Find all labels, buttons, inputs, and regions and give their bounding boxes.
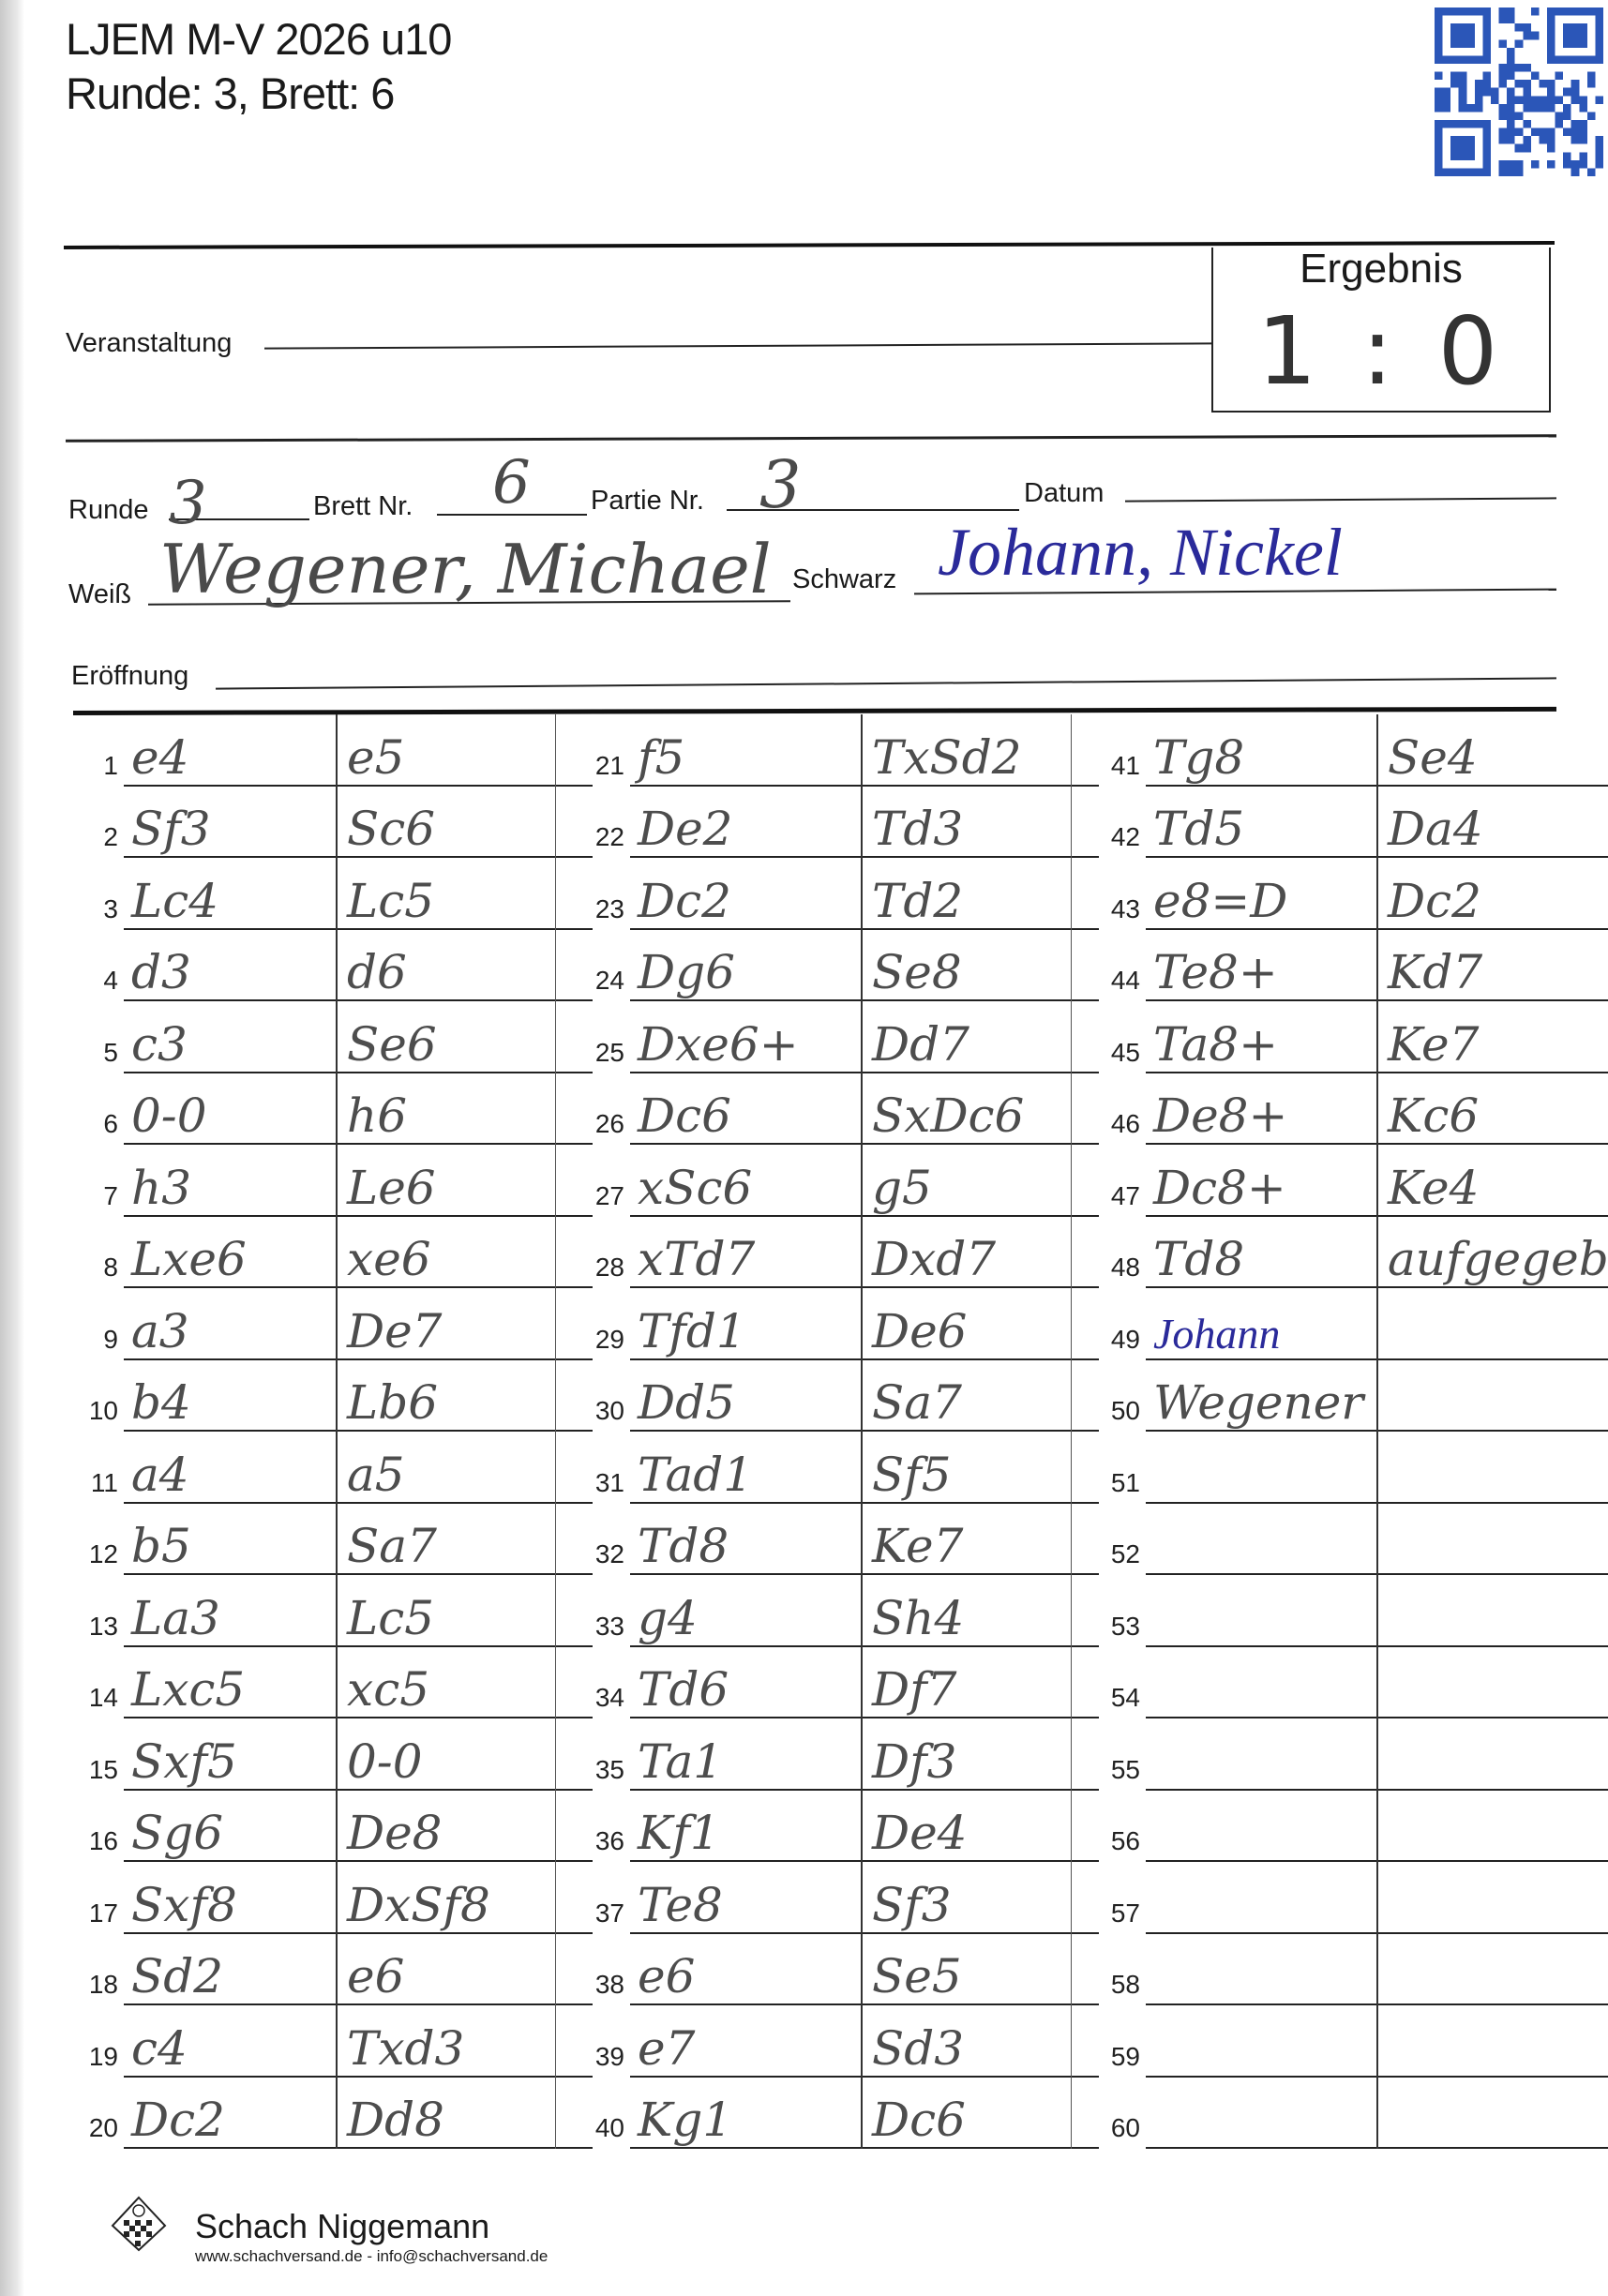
move-number: 50 [1097,1396,1140,1426]
white-move[interactable]: b5 [131,1519,191,1573]
move-number: 10 [75,1396,118,1426]
move-number: 49 [1097,1325,1140,1355]
black-move[interactable]: Dxd7 [872,1232,996,1286]
move-row: 43e8=DDc2 [1097,858,1608,930]
white-move[interactable]: c4 [131,2021,188,2076]
move-row: 33g4Sh4 [581,1575,1106,1647]
move-number: 29 [581,1325,624,1355]
white-move[interactable]: a3 [131,1304,189,1358]
move-number: 54 [1097,1683,1140,1713]
move-row: 53 [1097,1575,1608,1647]
move-row: 36Kf1De4 [581,1791,1106,1863]
move-row: 34Td6Df7 [581,1647,1106,1719]
move-number: 28 [581,1253,624,1283]
black-player-name: Johann, Nickel [938,514,1343,592]
move-number: 33 [581,1612,624,1642]
move-number: 47 [1097,1181,1140,1211]
footer-contact: www.schachversand.de - info@schachversan… [195,2247,548,2266]
move-number: 38 [581,1970,624,2000]
black-move[interactable]: Txd3 [347,2021,464,2076]
move-row: 23Dc2Td2 [581,858,1106,930]
white-move[interactable]: Wegener [1153,1375,1363,1430]
white-move[interactable]: Sf3 [131,802,211,856]
column-divider [1376,714,1378,2149]
move-row: 16Sg6De8 [75,1791,600,1863]
move-number: 21 [581,751,624,781]
white-move[interactable]: Dc2 [638,874,731,928]
white-move[interactable]: Sxf8 [131,1878,237,1932]
move-row: 20Dc2Dd8 [75,2078,600,2150]
move-row: 19c4Txd3 [75,2005,600,2078]
move-row: 41Tg8Se4 [1097,714,1608,787]
game-value: 3 [759,446,802,523]
black-move[interactable]: e5 [347,730,404,785]
move-row: 46De8+Kc6 [1097,1073,1608,1146]
white-move[interactable]: Dd5 [638,1375,735,1430]
game-label: Partie Nr. [591,486,704,517]
move-number: 35 [581,1755,624,1785]
white-move[interactable]: Dc2 [131,2093,225,2147]
move-row: 12b5Sa7 [75,1504,600,1576]
white-move[interactable]: 0-0 [131,1088,207,1143]
black-move[interactable]: Sf3 [872,1878,952,1932]
move-number: 8 [75,1253,118,1283]
black-move[interactable]: Dd7 [872,1017,969,1072]
white-move[interactable]: Lc4 [131,874,218,928]
white-move[interactable]: Td6 [638,1662,729,1717]
move-row: 44Te8+Kd7 [1097,930,1608,1002]
white-move[interactable]: Sxf5 [131,1734,237,1789]
round-value: 3 [169,469,207,538]
black-move[interactable]: 0-0 [347,1734,423,1789]
move-number: 46 [1097,1109,1140,1139]
move-line [630,2147,1099,2149]
white-move[interactable]: Kg1 [638,2093,732,2147]
white-move[interactable]: Kf1 [638,1806,720,1860]
opening-field[interactable] [216,677,1556,689]
white-move[interactable]: e6 [638,1949,695,2003]
section-divider [555,714,556,2149]
move-row: 27xSc6g5 [581,1145,1106,1217]
move-row: 9a3De7 [75,1288,600,1360]
move-number: 11 [75,1468,118,1498]
black-move[interactable]: Kd7 [1388,945,1482,999]
white-move[interactable]: h3 [131,1161,191,1215]
qr-code-icon [1435,8,1603,176]
black-move[interactable]: Lb6 [347,1375,438,1430]
black-move[interactable]: Sa7 [347,1519,437,1573]
move-number: 31 [581,1468,624,1498]
move-row: 55 [1097,1718,1608,1791]
move-row: 1e4e5 [75,714,600,787]
white-move[interactable]: f5 [638,730,684,785]
white-move[interactable]: c3 [131,1017,188,1072]
move-number: 6 [75,1109,118,1139]
move-row: 50Wegener [1097,1360,1608,1433]
date-label: Datum [1024,478,1104,509]
black-move[interactable]: xe6 [347,1232,431,1286]
date-field[interactable] [1125,497,1556,502]
move-number: 51 [1097,1468,1140,1498]
move-number: 52 [1097,1539,1140,1569]
white-move[interactable]: xSc6 [638,1161,752,1215]
move-number: 24 [581,966,624,996]
black-move[interactable]: Sd3 [872,2021,964,2076]
black-move[interactable]: Lc5 [347,874,434,928]
white-move[interactable]: a4 [131,1448,189,1502]
move-number: 15 [75,1755,118,1785]
form-mid-rule [66,434,1556,443]
move-number: 1 [75,751,118,781]
scan-edge-shadow [0,0,24,2296]
move-row: 8Lxe6xe6 [75,1217,600,1289]
move-row: 38e6Se5 [581,1934,1106,2006]
black-move[interactable]: Sa7 [872,1375,962,1430]
black-label: Schwarz [792,564,896,595]
move-row: 13La3Lc5 [75,1575,600,1647]
white-move[interactable]: Td5 [1153,802,1244,856]
event-field[interactable] [264,342,1211,349]
black-move[interactable]: a5 [347,1448,405,1502]
footer-brand: Schach Niggemann [195,2207,489,2246]
white-move[interactable]: De2 [638,802,733,856]
black-move[interactable]: Dd8 [347,2093,444,2147]
white-move[interactable]: Ta1 [638,1734,723,1789]
move-number: 18 [75,1970,118,2000]
white-move[interactable]: d3 [131,945,191,999]
move-number: 4 [75,966,118,996]
move-number: 30 [581,1396,624,1426]
move-row: 54 [1097,1647,1608,1719]
white-move[interactable]: xTd7 [638,1232,755,1286]
move-row: 21f5TxSd2 [581,714,1106,787]
move-number: 37 [581,1898,624,1928]
move-number: 56 [1097,1826,1140,1856]
move-row: 48Td8aufgegeben [1097,1217,1608,1289]
black-move[interactable]: Sf5 [872,1448,952,1502]
move-row: 31Tad1Sf5 [581,1432,1106,1504]
white-move[interactable]: De8+ [1153,1088,1287,1143]
move-row: 35Ta1Df3 [581,1718,1106,1791]
move-row: 45Ta8+Ke7 [1097,1001,1608,1073]
white-move[interactable]: Dxe6+ [638,1017,799,1072]
move-number: 2 [75,822,118,852]
move-number: 59 [1097,2042,1140,2072]
black-move[interactable]: TxSd2 [872,730,1022,785]
move-number: 57 [1097,1898,1140,1928]
black-move[interactable]: Se4 [1388,730,1478,785]
black-move[interactable]: De8 [347,1806,443,1860]
black-move[interactable]: Sc6 [347,802,435,856]
black-move[interactable]: Se8 [872,945,962,999]
white-move[interactable]: Td8 [1153,1232,1244,1286]
move-number: 13 [75,1612,118,1642]
white-player-name: Wegener, Michael [159,530,772,608]
move-row: 2Sf3Sc6 [75,787,600,859]
move-row: 39e7Sd3 [581,2005,1106,2078]
result-value[interactable]: 1 : 0 [1213,296,1549,406]
move-number: 9 [75,1325,118,1355]
white-move[interactable]: Dg6 [638,945,735,999]
board-value: 6 [492,448,531,518]
section-divider [1071,714,1072,2149]
black-move[interactable]: Sh4 [872,1591,964,1645]
column-divider [336,714,338,2149]
white-move[interactable]: Tad1 [638,1448,753,1502]
white-move[interactable]: g4 [638,1591,698,1645]
black-move[interactable]: Se6 [347,1017,437,1072]
move-row: 47Dc8+Ke4 [1097,1145,1608,1217]
move-row: 26Dc6SxDc6 [581,1073,1106,1146]
black-move[interactable]: g5 [872,1161,932,1215]
move-row: 28xTd7Dxd7 [581,1217,1106,1289]
round-board-subtitle: Runde: 3, Brett: 6 [66,68,394,119]
move-row: 4d3d6 [75,930,600,1002]
move-row: 52 [1097,1504,1608,1576]
move-row: 5c3Se6 [75,1001,600,1073]
white-move[interactable]: La3 [131,1591,220,1645]
black-move[interactable]: Td2 [872,874,963,928]
black-move[interactable]: Le6 [347,1161,436,1215]
move-number: 3 [75,894,118,924]
move-number: 44 [1097,966,1140,996]
white-move[interactable]: Sd2 [131,1949,223,2003]
white-move[interactable]: Sg6 [131,1806,223,1860]
move-number: 25 [581,1038,624,1068]
black-move[interactable]: aufgegeben [1388,1232,1608,1286]
black-move[interactable]: SxDc6 [872,1088,1024,1143]
event-label: Veranstaltung [66,328,232,359]
move-number: 14 [75,1683,118,1713]
move-number: 27 [581,1181,624,1211]
result-box: Ergebnis 1 : 0 [1211,248,1551,413]
move-number: 39 [581,2042,624,2072]
white-move[interactable]: Te8+ [1153,945,1278,999]
chess-king-logo-icon [111,2196,167,2252]
move-number: 58 [1097,1970,1140,2000]
move-number: 43 [1097,894,1140,924]
black-move[interactable]: Da4 [1388,802,1483,856]
white-move[interactable]: Dc8+ [1153,1161,1286,1215]
board-label: Brett Nr. [313,491,413,522]
move-number: 53 [1097,1612,1140,1642]
move-number: 48 [1097,1253,1140,1283]
move-row: 3Lc4Lc5 [75,858,600,930]
black-move[interactable]: xc5 [347,1662,429,1717]
move-number: 5 [75,1038,118,1068]
black-move[interactable]: Ke7 [872,1519,963,1573]
event-title: LJEM M-V 2026 u10 [66,13,451,65]
move-number: 34 [581,1683,624,1713]
white-move[interactable]: Lxe6 [131,1232,247,1286]
black-move[interactable]: Ke4 [1388,1161,1479,1215]
black-move[interactable]: Td3 [872,802,963,856]
move-number: 55 [1097,1755,1140,1785]
move-row: 11a4a5 [75,1432,600,1504]
move-row: 18Sd2e6 [75,1934,600,2006]
black-move[interactable]: Kc6 [1388,1088,1479,1143]
move-row: 40Kg1Dc6 [581,2078,1106,2150]
move-row: 7h3Le6 [75,1145,600,1217]
column-divider [861,714,863,2149]
move-row: 51 [1097,1432,1608,1504]
black-move[interactable]: d6 [347,945,407,999]
move-row: 58 [1097,1934,1608,2006]
move-line [124,2147,593,2149]
move-row: 15Sxf50-0 [75,1718,600,1791]
white-move[interactable]: Johann [1153,1309,1280,1358]
result-label: Ergebnis [1213,246,1549,293]
black-move[interactable]: Se5 [872,1949,962,2003]
move-row: 24Dg6Se8 [581,930,1106,1002]
white-move[interactable]: Lxc5 [131,1662,245,1717]
move-row: 14Lxc5xc5 [75,1647,600,1719]
move-row: 29Tfd1De6 [581,1288,1106,1360]
move-row: 59 [1097,2005,1608,2078]
move-row: 56 [1097,1791,1608,1863]
black-move[interactable]: Lc5 [347,1591,434,1645]
white-move[interactable]: Tfd1 [638,1304,746,1358]
black-move[interactable]: Ke7 [1388,1017,1479,1072]
round-label: Runde [68,495,148,526]
move-number: 23 [581,894,624,924]
white-move[interactable]: Te8 [638,1878,723,1932]
move-number: 20 [75,2113,118,2143]
move-row: 30Dd5Sa7 [581,1360,1106,1433]
white-move[interactable]: e8=D [1153,874,1287,928]
move-row: 60-0h6 [75,1073,600,1146]
white-move[interactable]: e7 [638,2021,695,2076]
white-move[interactable]: b4 [131,1375,191,1430]
move-number: 12 [75,1539,118,1569]
white-move[interactable]: Ta8+ [1153,1017,1278,1072]
white-move[interactable]: e4 [131,730,188,785]
move-row: 17Sxf8DxSf8 [75,1862,600,1934]
move-number: 60 [1097,2113,1140,2143]
move-row: 22De2Td3 [581,787,1106,859]
black-move[interactable]: Dc2 [1388,874,1481,928]
black-move[interactable]: Dc6 [872,2093,966,2147]
move-number: 17 [75,1898,118,1928]
move-number: 22 [581,822,624,852]
move-number: 41 [1097,751,1140,781]
move-number: 36 [581,1826,624,1856]
move-number: 16 [75,1826,118,1856]
move-row: 49Johann [1097,1288,1608,1360]
white-label: Weiß [68,579,131,610]
opening-label: Eröffnung [71,661,188,692]
move-number: 26 [581,1109,624,1139]
move-number: 40 [581,2113,624,2143]
white-move[interactable]: Td8 [638,1519,729,1573]
move-row: 60 [1097,2078,1608,2150]
move-number: 45 [1097,1038,1140,1068]
black-move[interactable]: h6 [347,1088,407,1143]
black-move[interactable]: De6 [872,1304,968,1358]
white-move[interactable]: Tg8 [1153,730,1244,785]
move-number: 7 [75,1181,118,1211]
black-move[interactable]: De7 [347,1304,443,1358]
move-row: 32Td8Ke7 [581,1504,1106,1576]
move-row: 42Td5Da4 [1097,787,1608,859]
move-row: 57 [1097,1862,1608,1934]
move-row: 37Te8Sf3 [581,1862,1106,1934]
move-row: 25Dxe6+Dd7 [581,1001,1106,1073]
black-move[interactable]: e6 [347,1949,404,2003]
black-move[interactable]: Df3 [872,1734,956,1789]
move-number: 42 [1097,822,1140,852]
black-move[interactable]: De4 [872,1806,968,1860]
move-number: 32 [581,1539,624,1569]
move-row: 10b4Lb6 [75,1360,600,1433]
black-move[interactable]: Df7 [872,1662,956,1717]
black-move[interactable]: DxSf8 [347,1878,490,1932]
move-number: 19 [75,2042,118,2072]
white-move[interactable]: Dc6 [638,1088,731,1143]
